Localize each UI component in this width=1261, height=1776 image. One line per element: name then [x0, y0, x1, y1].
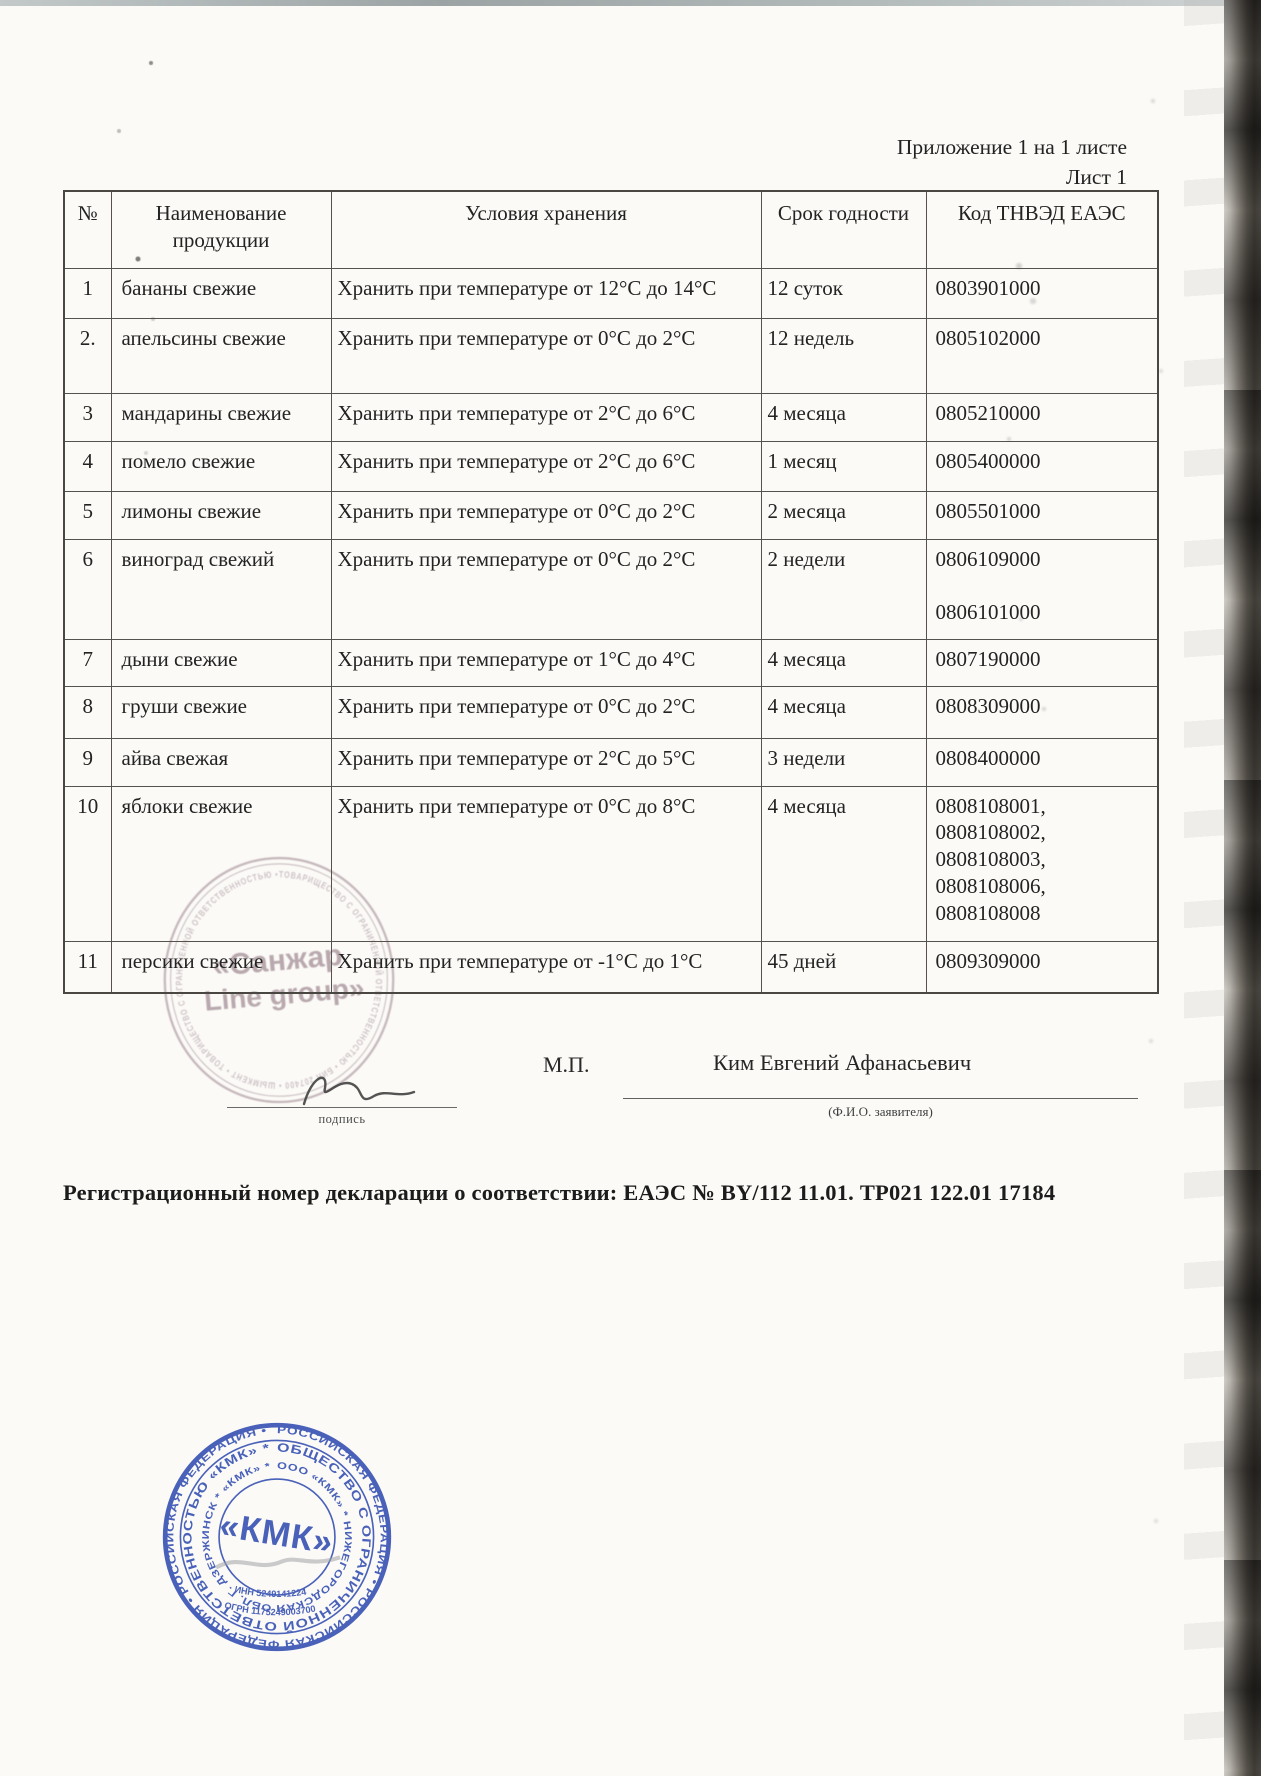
cell-name: айва свежая — [111, 738, 331, 786]
cell-num: 11 — [64, 941, 111, 993]
cell-name: персики свежие — [111, 941, 331, 993]
cell-codes: 0805102000 — [926, 318, 1158, 393]
table-row: 1 бананы свежие Хранить при температуре … — [64, 268, 1158, 318]
table-header-row: № Наименование продукции Условия хранени… — [64, 191, 1158, 268]
kmk-center-text: «КМК» — [217, 1506, 336, 1561]
cell-codes: 0808309000 — [926, 686, 1158, 738]
handwritten-signature — [298, 1068, 438, 1118]
products-table: № Наименование продукции Условия хранени… — [63, 190, 1159, 994]
col-header-num: № — [64, 191, 111, 268]
table-row: 10 яблоки свежие Хранить при температуре… — [64, 786, 1158, 941]
table-row: 5 лимоны свежие Хранить при температуре … — [64, 491, 1158, 539]
cell-num: 7 — [64, 639, 111, 686]
cell-codes: 0805210000 — [926, 393, 1158, 441]
cell-name: дыни свежие — [111, 639, 331, 686]
cell-num: 3 — [64, 393, 111, 441]
col-header-name: Наименование продукции — [111, 191, 331, 268]
col-header-conditions: Условия хранения — [331, 191, 761, 268]
cell-name: бананы свежие — [111, 268, 331, 318]
cell-num: 10 — [64, 786, 111, 941]
cell-name: виноград свежий — [111, 539, 331, 639]
scan-edge-right — [1224, 0, 1261, 1776]
appendix-header: Приложение 1 на 1 листе Лист 1 — [897, 132, 1127, 192]
cell-name: апельсины свежие — [111, 318, 331, 393]
sheet-line: Лист 1 — [897, 162, 1127, 192]
table-row: 2. апельсины свежие Хранить при температ… — [64, 318, 1158, 393]
cell-conditions: Хранить при температуре от 1°С до 4°С — [331, 639, 761, 686]
cell-shelf-life: 12 недель — [761, 318, 926, 393]
cell-num: 5 — [64, 491, 111, 539]
col-header-shelf-life: Срок годности — [761, 191, 926, 268]
cell-shelf-life: 3 недели — [761, 738, 926, 786]
mp-label: М.П. — [543, 1052, 589, 1078]
table-row: 8 груши свежие Хранить при температуре о… — [64, 686, 1158, 738]
cell-codes: 0809309000 — [926, 941, 1158, 993]
cell-conditions: Хранить при температуре от 0°С до 2°С — [331, 686, 761, 738]
cell-num: 6 — [64, 539, 111, 639]
table-row: 4 помело свежие Хранить при температуре … — [64, 441, 1158, 491]
cell-num: 8 — [64, 686, 111, 738]
cell-num: 2. — [64, 318, 111, 393]
signature-caption: подпись — [227, 1112, 457, 1127]
scan-speckles — [0, 0, 2, 2]
kmk-stamp: РОССИЙСКАЯ ФЕДЕРАЦИЯ • РОССИЙСКАЯ ФЕДЕРА… — [155, 1415, 399, 1659]
table-row: 6 виноград свежий Хранить при температур… — [64, 539, 1158, 639]
cell-codes: 0805501000 — [926, 491, 1158, 539]
cell-name: мандарины свежие — [111, 393, 331, 441]
scan-edge-top — [0, 0, 1261, 6]
cell-name: лимоны свежие — [111, 491, 331, 539]
cell-codes: 0808108001, 0808108002, 0808108003, 0808… — [926, 786, 1158, 941]
cell-conditions: Хранить при температуре от 12°С до 14°С — [331, 268, 761, 318]
cell-shelf-life: 2 месяца — [761, 491, 926, 539]
cell-shelf-life: 2 недели — [761, 539, 926, 639]
applicant-name: Ким Евгений Афанасьевич — [713, 1050, 971, 1076]
table-row: 9 айва свежая Хранить при температуре от… — [64, 738, 1158, 786]
cell-codes: 0803901000 — [926, 268, 1158, 318]
cell-shelf-life: 1 месяц — [761, 441, 926, 491]
cell-codes: 0805400000 — [926, 441, 1158, 491]
cell-conditions: Хранить при температуре от 2°С до 6°С — [331, 441, 761, 491]
cell-codes: 0808400000 — [926, 738, 1158, 786]
cell-shelf-life: 4 месяца — [761, 393, 926, 441]
cell-conditions: Хранить при температуре от 0°С до 8°С — [331, 786, 761, 941]
table-row: 7 дыни свежие Хранить при температуре от… — [64, 639, 1158, 686]
cell-conditions: Хранить при температуре от 2°С до 6°С — [331, 393, 761, 441]
cell-conditions: Хранить при температуре от 0°С до 2°С — [331, 539, 761, 639]
col-header-code: Код ТНВЭД ЕАЭС — [926, 191, 1158, 268]
cell-conditions: Хранить при температуре от 0°С до 2°С — [331, 491, 761, 539]
cell-conditions: Хранить при температуре от -1°С до 1°С — [331, 941, 761, 993]
cell-shelf-life: 4 месяца — [761, 786, 926, 941]
cell-num: 1 — [64, 268, 111, 318]
cell-shelf-life: 4 месяца — [761, 686, 926, 738]
cell-name: груши свежие — [111, 686, 331, 738]
cell-shelf-life: 45 дней — [761, 941, 926, 993]
document-page: Приложение 1 на 1 листе Лист 1 ТОВАРИЩЕС… — [0, 0, 1261, 1776]
table-row: 11 персики свежие Хранить при температур… — [64, 941, 1158, 993]
cell-codes: 0806109000 0806101000 — [926, 539, 1158, 639]
cell-shelf-life: 12 суток — [761, 268, 926, 318]
registration-number-line: Регистрационный номер декларации о соотв… — [63, 1180, 1248, 1206]
cell-num: 9 — [64, 738, 111, 786]
applicant-caption: (Ф.И.О. заявителя) — [623, 1104, 1138, 1120]
table-row: 3 мандарины свежие Хранить при температу… — [64, 393, 1158, 441]
cell-num: 4 — [64, 441, 111, 491]
applicant-signature-line — [623, 1098, 1138, 1099]
cell-name: яблоки свежие — [111, 786, 331, 941]
cell-shelf-life: 4 месяца — [761, 639, 926, 686]
appendix-line: Приложение 1 на 1 листе — [897, 132, 1127, 162]
cell-name: помело свежие — [111, 441, 331, 491]
cell-conditions: Хранить при температуре от 0°С до 2°С — [331, 318, 761, 393]
cell-codes: 0807190000 — [926, 639, 1158, 686]
scan-smudge-column — [1184, 0, 1224, 1776]
cell-conditions: Хранить при температуре от 2°С до 5°С — [331, 738, 761, 786]
